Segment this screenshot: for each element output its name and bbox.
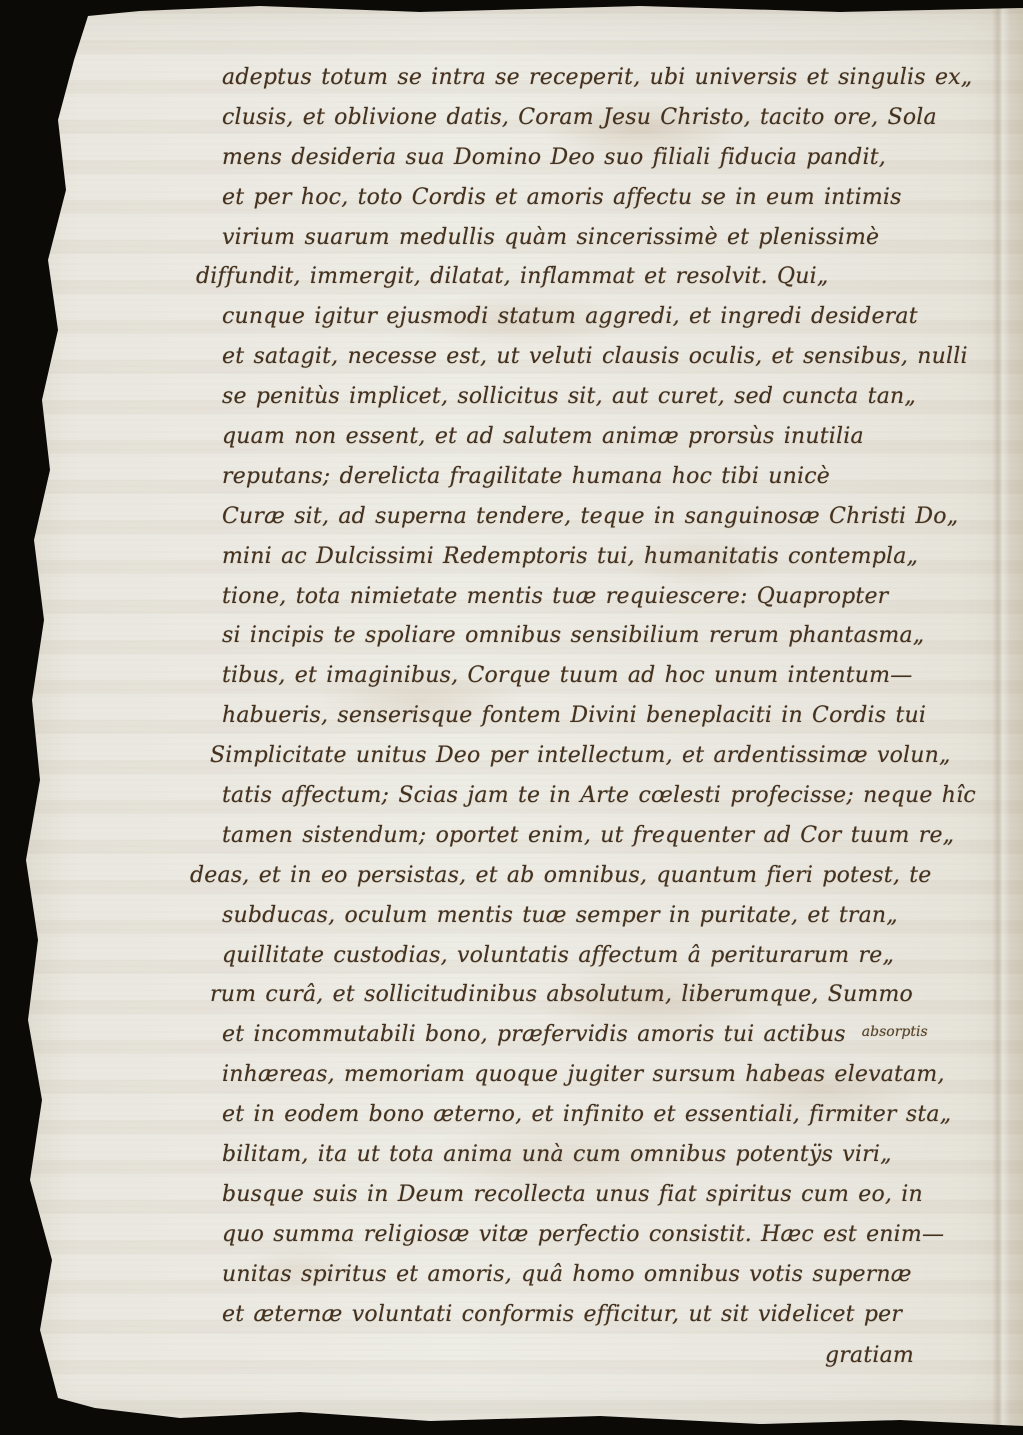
text-line-main: et incommutabili bono, præfervidis amori… — [222, 1022, 846, 1047]
text-line: quillitate custodias, voluntatis affectu… — [222, 936, 1002, 976]
text-line: mini ac Dulcissimi Redemptoris tui, huma… — [222, 537, 1002, 577]
text-line: Curæ sit, ad superna tendere, teque in s… — [222, 497, 1002, 537]
text-line: quo summa religiosæ vitæ perfectio consi… — [222, 1215, 1002, 1255]
text-line: unitas spiritus et amoris, quâ homo omni… — [222, 1255, 1002, 1295]
text-line: reputans; derelicta fragilitate humana h… — [222, 457, 1002, 497]
text-line: diffundit, immergit, dilatat, inflammat … — [196, 257, 1002, 297]
text-line: habueris, senserisque fontem Divini bene… — [222, 696, 1002, 736]
manuscript-text-block: adeptus totum se intra se receperit, ubi… — [222, 58, 1002, 1377]
photograph-background: adeptus totum se intra se receperit, ubi… — [0, 0, 1023, 1435]
text-line: si incipis te spoliare omnibus sensibili… — [222, 616, 1002, 656]
text-line: cunque igitur ejusmodi statum aggredi, e… — [222, 297, 1002, 337]
catchword: gratiam — [222, 1335, 1002, 1377]
text-line: et incommutabili bono, præfervidis amori… — [222, 1015, 1002, 1055]
text-line: deas, et in eo persistas, et ab omnibus,… — [190, 856, 1002, 896]
text-line: clusis, et oblivione datis, Coram Jesu C… — [222, 98, 1002, 138]
text-line: tatis affectum; Scias jam te in Arte cœl… — [222, 776, 1002, 816]
manuscript-page: adeptus totum se intra se receperit, ubi… — [0, 0, 1023, 1435]
text-line: tione, tota nimietate mentis tuæ requies… — [222, 577, 1002, 617]
text-line: bilitam, ita ut tota anima unà cum omnib… — [222, 1135, 1002, 1175]
text-line: adeptus totum se intra se receperit, ubi… — [222, 58, 1002, 98]
text-line: subducas, oculum mentis tuæ semper in pu… — [222, 896, 1002, 936]
text-line: rum curâ, et sollicitudinibus absolutum,… — [210, 975, 1002, 1015]
text-line: quam non essent, et ad salutem animæ pro… — [222, 417, 1002, 457]
text-line: inhæreas, memoriam quoque jugiter sursum… — [222, 1055, 1002, 1095]
text-line: et in eodem bono æterno, et infinito et … — [222, 1095, 1002, 1135]
text-line: et æternæ voluntati conformis efficitur,… — [222, 1295, 1002, 1335]
text-line: tibus, et imaginibus, Corque tuum ad hoc… — [222, 656, 1002, 696]
text-line: virium suarum medullis quàm sincerissimè… — [222, 218, 1002, 258]
text-line: se penitùs implicet, sollicitus sit, aut… — [222, 377, 1002, 417]
interlinear-insertion: absorptis — [862, 1024, 928, 1040]
text-line: tamen sistendum; oportet enim, ut freque… — [222, 816, 1002, 856]
text-line: busque suis in Deum recollecta unus fiat… — [222, 1175, 1002, 1215]
text-line: mens desideria sua Domino Deo suo filial… — [222, 138, 1002, 178]
text-line: et satagit, necesse est, ut veluti claus… — [222, 337, 1002, 377]
text-line: et per hoc, toto Cordis et amoris affect… — [222, 178, 1002, 218]
text-line: Simplicitate unitus Deo per intellectum,… — [210, 736, 1002, 776]
